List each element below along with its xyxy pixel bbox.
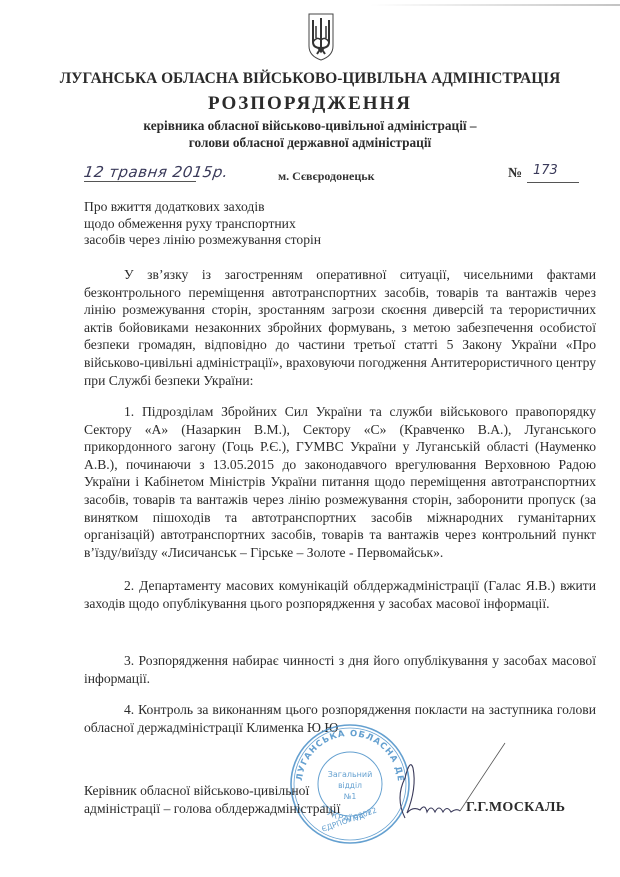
trident-coat-of-arms-icon [307, 12, 335, 62]
order-item-3: 3. Розпорядження набирає чинності з дня … [84, 652, 596, 687]
document-page: ЛУГАНСЬКА ОБЛАСНА ВІЙСЬКОВО-ЦИВІЛЬНА АДМ… [0, 0, 620, 877]
signer-position-line1: Керівник обласної військово-цивільної [84, 782, 340, 800]
document-subtitle-line2: голови обласної державної адміністрації [0, 135, 620, 151]
order-item-text: 1. Підрозділам Збройних Сил України та с… [84, 403, 596, 561]
stamp-inner-line3: №1 [344, 792, 357, 801]
scan-edge-line [370, 4, 620, 6]
subject-line: Про вжиття додаткових заходів [84, 199, 404, 216]
number-underline [527, 182, 579, 183]
handwritten-number: 173 [533, 163, 558, 178]
signer-position-line2: адміністрації – голова облдержадміністра… [84, 800, 340, 818]
preamble-text: У зв’язку із загостренням оперативної си… [84, 266, 596, 389]
number-label: № [508, 166, 522, 182]
signer-name: Г.Г.МОСКАЛЬ [466, 800, 565, 816]
order-item-text: 3. Розпорядження набирає чинності з дня … [84, 652, 596, 687]
city-label: м. Сєвєродонецьк [278, 169, 375, 184]
signer-position: Керівник обласної військово-цивільної ад… [84, 782, 340, 817]
handwritten-date: 12 травня 2015р. [83, 163, 246, 181]
subject-line: засобів через лінію розмежування сторін [84, 232, 404, 249]
organization-title: ЛУГАНСЬКА ОБЛАСНА ВІЙСЬКОВО-ЦИВІЛЬНА АДМ… [0, 70, 620, 88]
date-underline [84, 181, 196, 182]
order-item-text: 2. Департаменту масових комунікацій облд… [84, 577, 596, 612]
order-item-1: 1. Підрозділам Збройних Сил України та с… [84, 403, 596, 561]
document-subject: Про вжиття додаткових заходів щодо обмеж… [84, 199, 404, 249]
order-item-2: 2. Департаменту масових комунікацій облд… [84, 577, 596, 612]
document-type-title: РОЗПОРЯДЖЕННЯ [0, 93, 620, 115]
preamble-paragraph: У зв’язку із загостренням оперативної си… [84, 266, 596, 389]
stamp-inner-line2: відділ [338, 781, 362, 790]
document-subtitle-line1: керівника обласної військово-цивільної а… [0, 118, 620, 134]
subject-line: щодо обмеження руху транспортних [84, 216, 404, 233]
